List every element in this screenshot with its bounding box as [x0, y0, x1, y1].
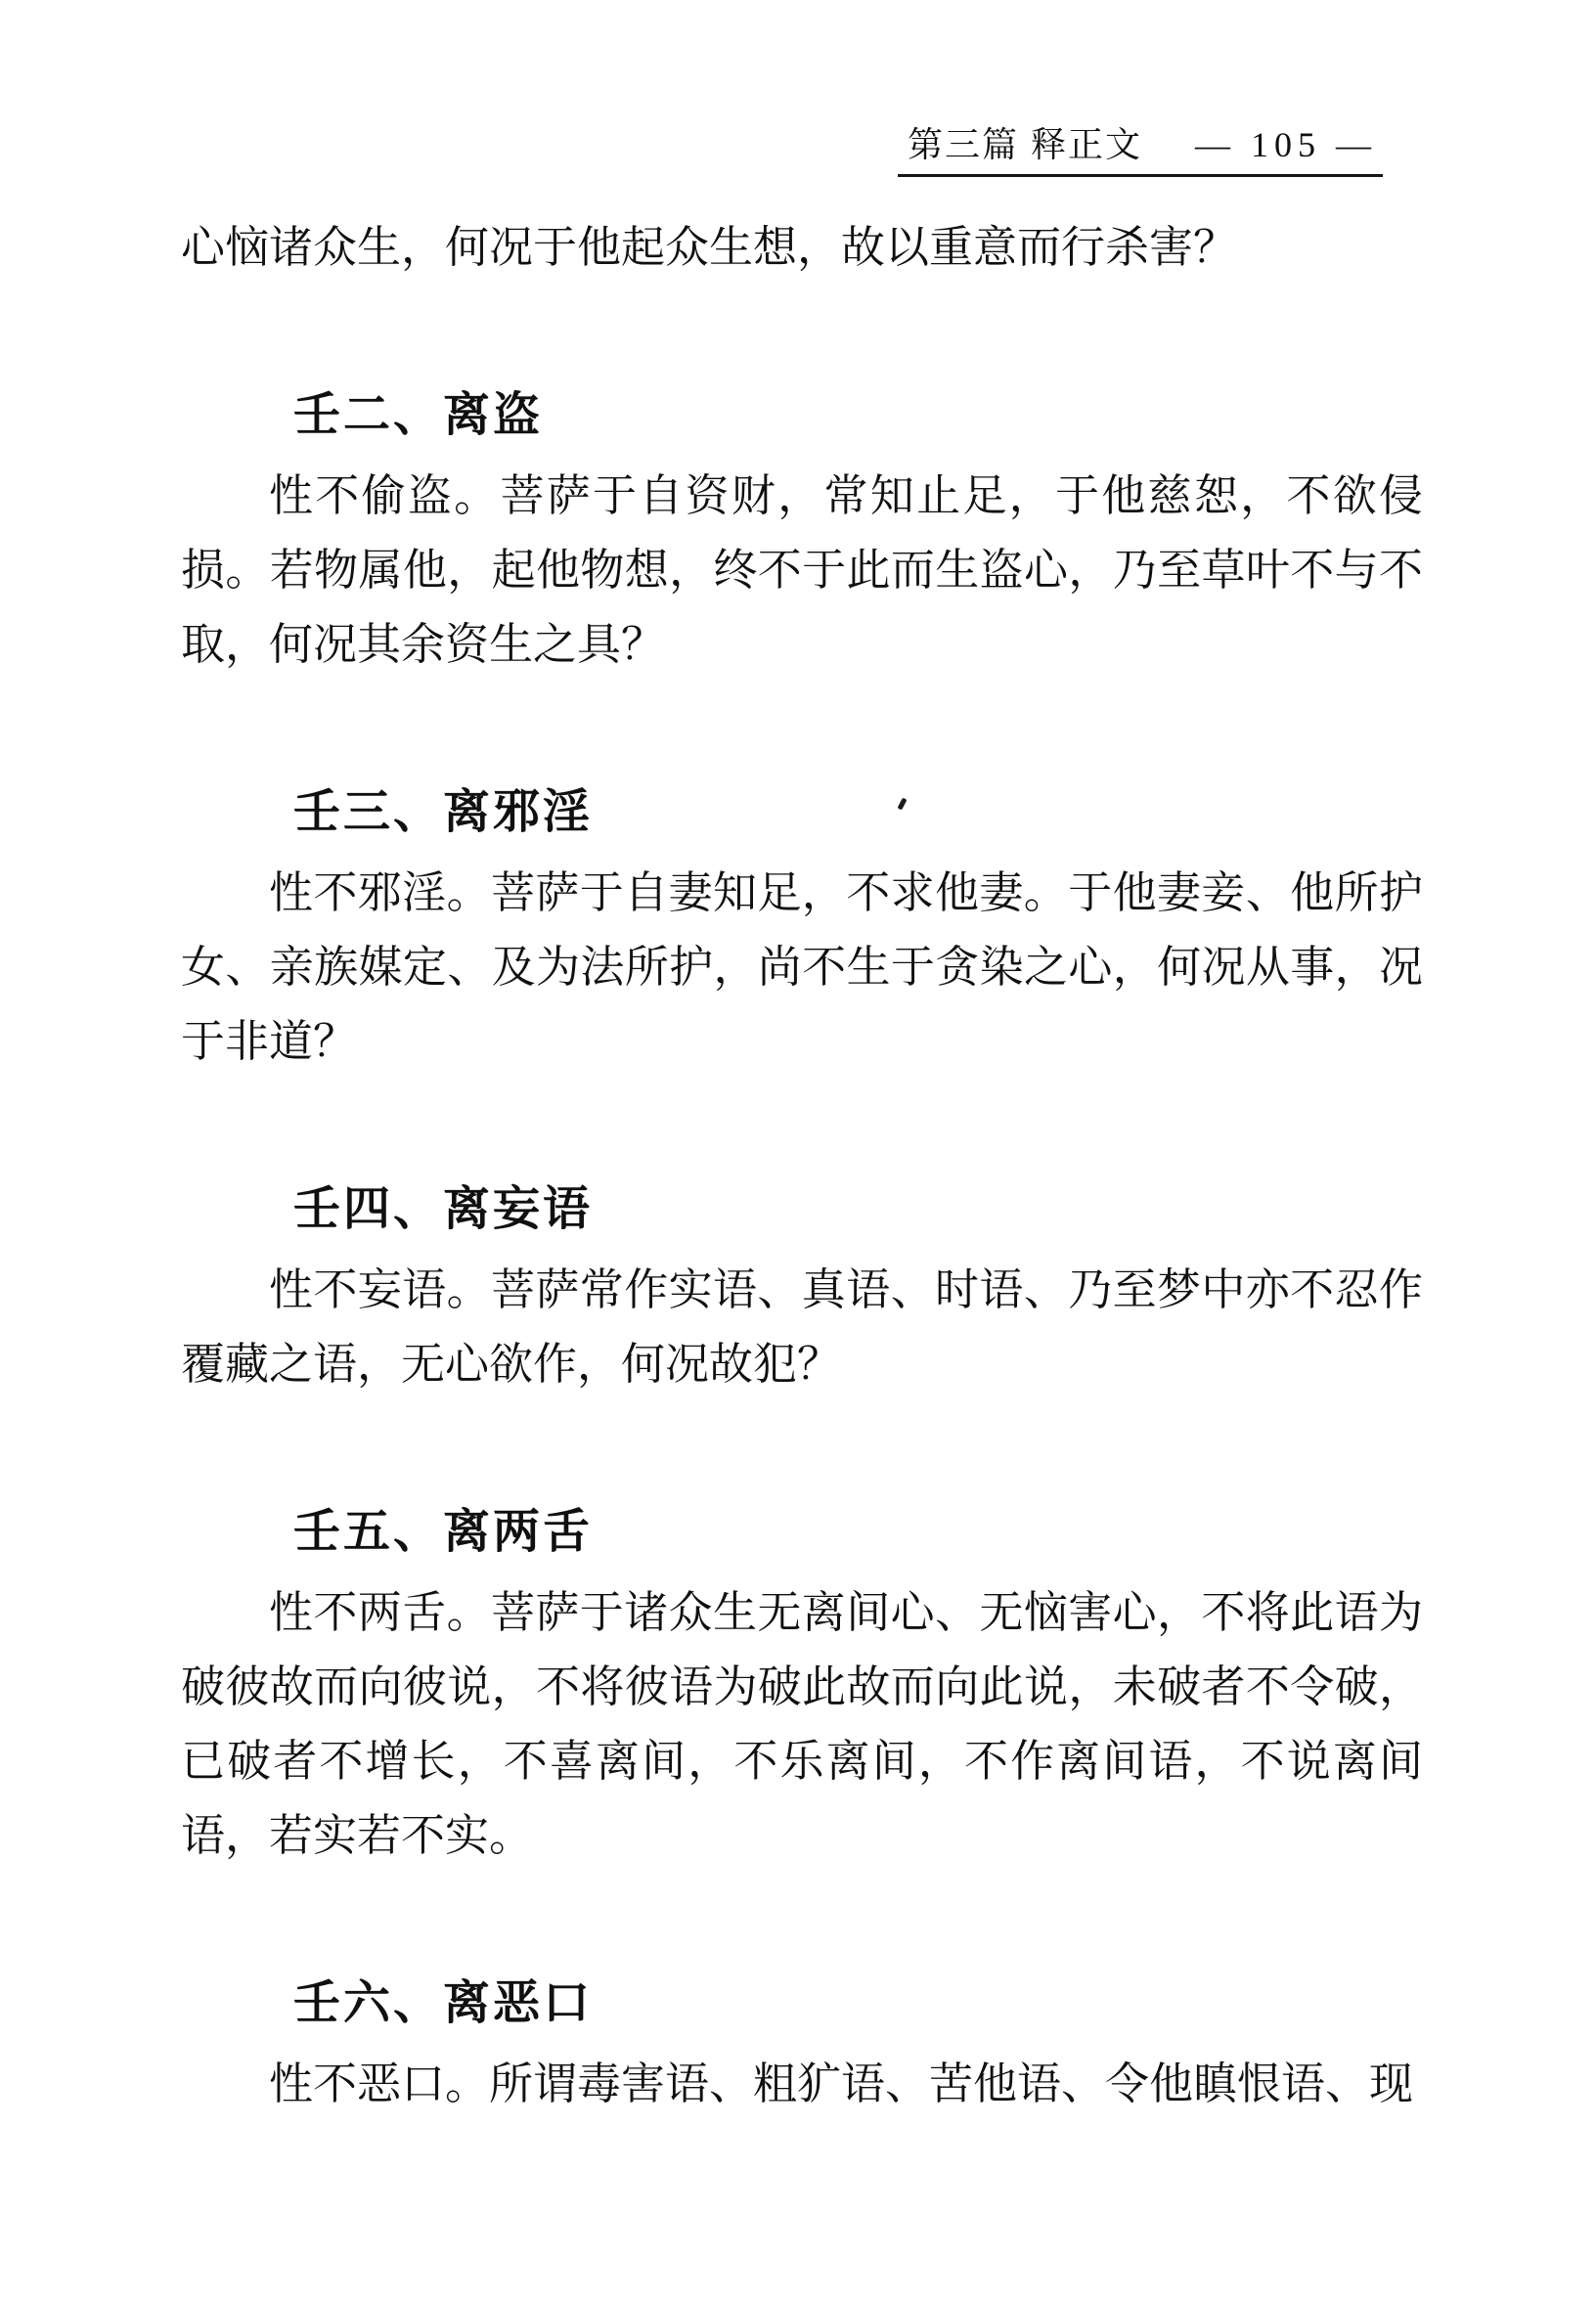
- book-page: 第三篇 释正文 — 105 — 心恼诸众生，何况于他起众生想，故以重意而行杀害？…: [0, 0, 1596, 2303]
- section-heading: 壬三、离邪淫: [181, 775, 1423, 850]
- section-paragraph: 性不偷盗。菩萨于自资财，常知止足，于他慈恕，不欲侵损。若物属他，起他物想，终不于…: [181, 459, 1423, 682]
- section-li-wangyu: 壬四、离妄语 性不妄语。菩萨常作实语、真语、时语、乃至梦中亦不忍作覆藏之语，无心…: [181, 1173, 1423, 1401]
- section-li-xieyin: 壬三、离邪淫 性不邪淫。菩萨于自妻知足，不求他妻。于他妻妾、他所护女、亲族媒定、…: [181, 775, 1423, 1079]
- section-paragraph: 性不妄语。菩萨常作实语、真语、时语、乃至梦中亦不忍作覆藏之语，无心欲作，何况故犯…: [181, 1253, 1423, 1401]
- running-head-chapter-title: 第三篇 释正文: [908, 124, 1142, 164]
- section-heading: 壬六、离恶口: [181, 1967, 1423, 2041]
- section-li-dao: 壬二、离盗 性不偷盗。菩萨于自资财，常知止足，于他慈恕，不欲侵损。若物属他，起他…: [181, 378, 1423, 682]
- running-head: 第三篇 释正文 — 105 —: [0, 0, 1383, 177]
- section-heading: 壬五、离两舌: [181, 1495, 1423, 1570]
- paragraph-continuation-line: 心恼诸众生，何况于他起众生想，故以重意而行杀害？: [181, 210, 1423, 285]
- running-head-rule: 第三篇 释正文 — 105 —: [898, 123, 1383, 177]
- section-paragraph: 性不邪淫。菩萨于自妻知足，不求他妻。于他妻妾、他所护女、亲族媒定、及为法所护，尚…: [181, 856, 1423, 1079]
- section-heading: 壬四、离妄语: [181, 1173, 1423, 1247]
- section-li-ekou: 壬六、离恶口 性不恶口。所谓毒害语、粗犷语、苦他语、令他瞋恨语、现: [181, 1967, 1423, 2121]
- section-paragraph: 性不恶口。所谓毒害语、粗犷语、苦他语、令他瞋恨语、现: [181, 2047, 1423, 2121]
- section-paragraph: 性不两舌。菩萨于诸众生无离间心、无恼害心，不将此语为破彼故而向彼说，不将彼语为破…: [181, 1575, 1423, 1873]
- page-body: 心恼诸众生，何况于他起众生想，故以重意而行杀害？ 壬二、离盗 性不偷盗。菩萨于自…: [181, 210, 1423, 2121]
- section-heading: 壬二、离盗: [181, 378, 1423, 453]
- section-li-liangshe: 壬五、离两舌 性不两舌。菩萨于诸众生无离间心、无恼害心，不将此语为破彼故而向彼说…: [181, 1495, 1423, 1873]
- running-head-page-number: — 105 —: [1195, 125, 1377, 164]
